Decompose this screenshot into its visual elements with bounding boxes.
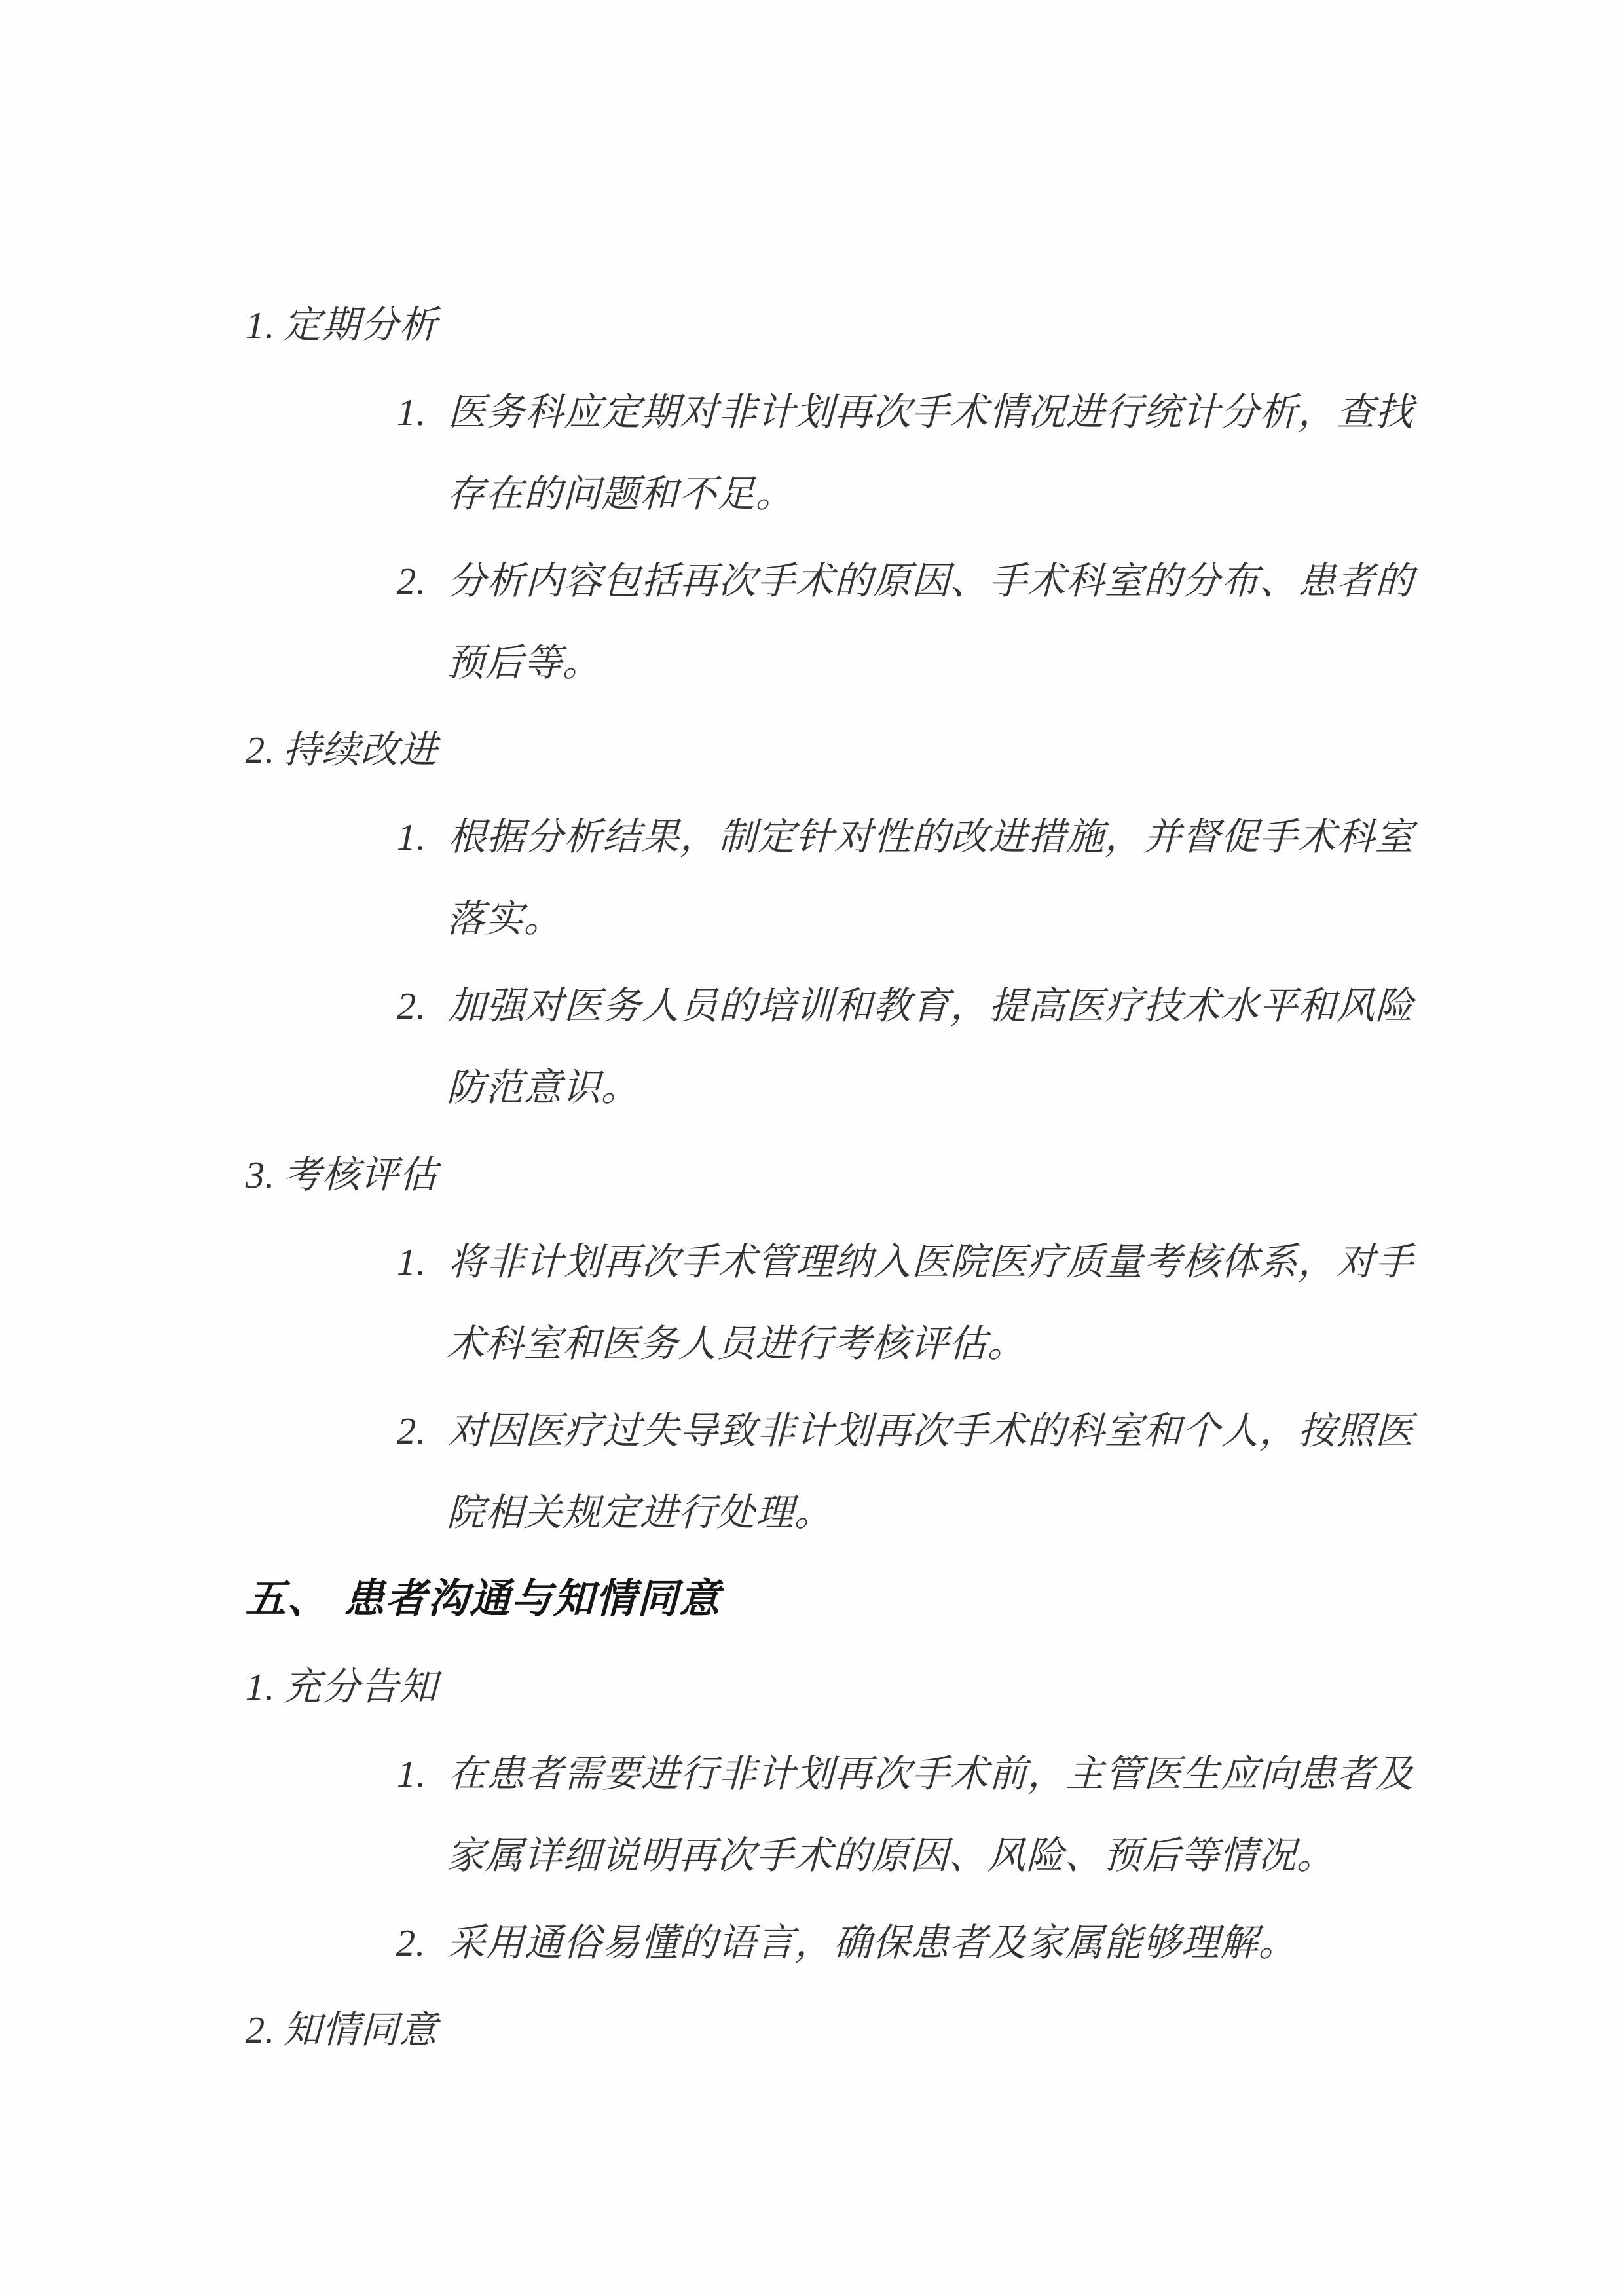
sublist-item-text: 根据分析结果，制定针对性的改进措施，并督促手术科室 落实。 (446, 796, 1414, 960)
list-item-number: 2. (245, 729, 276, 771)
sublist-item-text: 加强对医务人员的培训和教育，提高医疗技术水平和风险 防范意识。 (446, 965, 1414, 1129)
list-item-level1: 2.持续改进 (245, 709, 1624, 791)
list-item-title: 定期分析 (283, 304, 438, 346)
list-item-title: 知情同意 (283, 2009, 438, 2051)
list-item-number: 1. (245, 304, 276, 346)
sublist-item-number: 2. (396, 1902, 448, 1984)
list-item-level2: 1.医务科应定期对非计划再次手术情况进行统计分析，查找 存在的问题和不足。 (395, 371, 1624, 535)
list-item-number: 3. (245, 1154, 276, 1196)
list-item-level2: 2.加强对医务人员的培训和教育，提高医疗技术水平和风险 防范意识。 (395, 965, 1624, 1129)
list-item-number: 1. (245, 1666, 276, 1708)
sublist-item-number: 2. (395, 1390, 449, 1554)
sublist-item-number: 1. (395, 796, 449, 960)
list-item-level2: 2.分析内容包括再次手术的原因、手术科室的分布、患者的 预后等。 (395, 540, 1624, 704)
sublist-item-text: 对因医疗过失导致非计划再次手术的科室和个人，按照医 院相关规定进行处理。 (446, 1390, 1414, 1554)
list-item-level2: 1.在患者需要进行非计划再次手术前，主管医生应向患者及 家属详细说明再次手术的原… (395, 1733, 1624, 1897)
list-item-level2: 1.根据分析结果，制定针对性的改进措施，并督促手术科室 落实。 (395, 796, 1624, 960)
sublist-item-text: 医务科应定期对非计划再次手术情况进行统计分析，查找 存在的问题和不足。 (446, 371, 1414, 535)
section-heading-number: 五、 (245, 1577, 329, 1622)
list-item-level2: 2.采用通俗易懂的语言，确保患者及家属能够理解。 (396, 1902, 1624, 1984)
sublist-item-number: 2. (395, 540, 449, 704)
list-item-title: 考核评估 (283, 1154, 438, 1196)
list-item-title: 充分告知 (283, 1666, 438, 1708)
list-item-title: 持续改进 (283, 729, 438, 771)
sublist-item-text: 将非计划再次手术管理纳入医院医疗质量考核体系，对手 术科室和医务人员进行考核评估… (446, 1221, 1414, 1385)
document-content: 1.定期分析 1.医务科应定期对非计划再次手术情况进行统计分析，查找 存在的问题… (0, 284, 1624, 2076)
sublist-item-text: 分析内容包括再次手术的原因、手术科室的分布、患者的 预后等。 (446, 540, 1414, 704)
list-item-level2: 1.将非计划再次手术管理纳入医院医疗质量考核体系，对手 术科室和医务人员进行考核… (395, 1221, 1624, 1385)
sublist-item-text: 采用通俗易懂的语言，确保患者及家属能够理解。 (447, 1902, 1298, 1984)
list-item-level1: 1.定期分析 (245, 284, 1624, 366)
list-item-number: 2. (245, 2009, 276, 2051)
sublist-item-number: 1. (395, 1221, 449, 1385)
sublist-item-number: 2. (395, 965, 449, 1129)
section-heading-title: 患者沟通与知情同意 (343, 1577, 721, 1622)
sublist-item-number: 1. (395, 1733, 449, 1897)
document-page: 1.定期分析 1.医务科应定期对非计划再次手术情况进行统计分析，查找 存在的问题… (0, 0, 1624, 2296)
sublist-item-number: 1. (395, 371, 449, 535)
list-item-level1: 3.考核评估 (245, 1134, 1624, 1216)
list-item-level1: 2.知情同意 (245, 1989, 1624, 2071)
sublist-item-text: 在患者需要进行非计划再次手术前，主管医生应向患者及 家属详细说明再次手术的原因、… (446, 1733, 1414, 1897)
list-item-level2: 2.对因医疗过失导致非计划再次手术的科室和个人，按照医 院相关规定进行处理。 (395, 1390, 1624, 1554)
section-heading: 五、患者沟通与知情同意 (245, 1559, 1624, 1641)
list-item-level1: 1.充分告知 (245, 1646, 1624, 1728)
